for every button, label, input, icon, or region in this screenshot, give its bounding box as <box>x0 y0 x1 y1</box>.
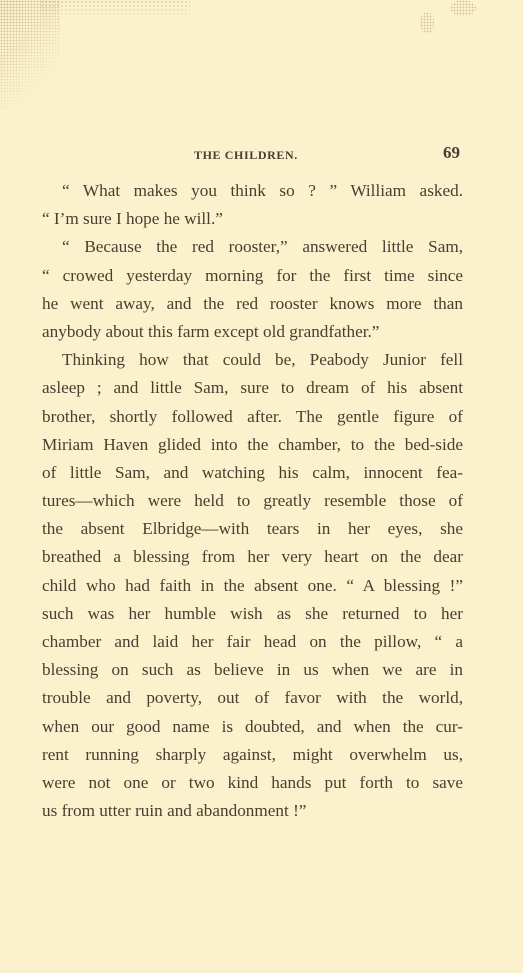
text-line: us from utter ruin and abandonment !” <box>42 797 463 825</box>
paper-speckle-patch <box>450 0 476 16</box>
text-line: anybody about this farm except old grand… <box>42 318 463 346</box>
text-line: blessing on such as believe in us when w… <box>42 656 463 684</box>
text-line: such was her humble wish as she returned… <box>42 600 463 628</box>
paper-speckle-patch <box>420 12 434 34</box>
running-title: THE CHILDREN. <box>194 148 298 163</box>
paper-speckle-top <box>40 0 190 20</box>
text-line: trouble and poverty, out of favor with t… <box>42 684 463 712</box>
text-line: child who had faith in the absent one. “… <box>42 572 463 600</box>
text-line: “ What makes you think so ? ” William as… <box>42 177 463 205</box>
text-line: tures—which were held to greatly resembl… <box>42 487 463 515</box>
text-line: asleep ; and little Sam, sure to dream o… <box>42 374 463 402</box>
text-line: the absent Elbridge—with tears in her ey… <box>42 515 463 543</box>
page-header: THE CHILDREN. 69 <box>0 143 523 167</box>
text-line: brother, shortly followed after. The gen… <box>42 403 463 431</box>
text-line: of little Sam, and watching his calm, in… <box>42 459 463 487</box>
text-line: chamber and laid her fair head on the pi… <box>42 628 463 656</box>
text-line: he went away, and the red rooster knows … <box>42 290 463 318</box>
text-line: were not one or two kind hands put forth… <box>42 769 463 797</box>
text-line: Miriam Haven glided into the chamber, to… <box>42 431 463 459</box>
text-line: “ crowed yesterday morning for the first… <box>42 262 463 290</box>
page-number: 69 <box>443 143 460 163</box>
text-line: rent running sharply against, might over… <box>42 741 463 769</box>
text-line: when our good name is doubted, and when … <box>42 713 463 741</box>
body-text: “ What makes you think so ? ” William as… <box>42 177 463 825</box>
text-line: “ I’m sure I hope he will.” <box>42 205 463 233</box>
text-line: Thinking how that could be, Peabody Juni… <box>42 346 463 374</box>
text-line: “ Because the red rooster,” answered lit… <box>42 233 463 261</box>
text-line: breathed a blessing from her very heart … <box>42 543 463 571</box>
